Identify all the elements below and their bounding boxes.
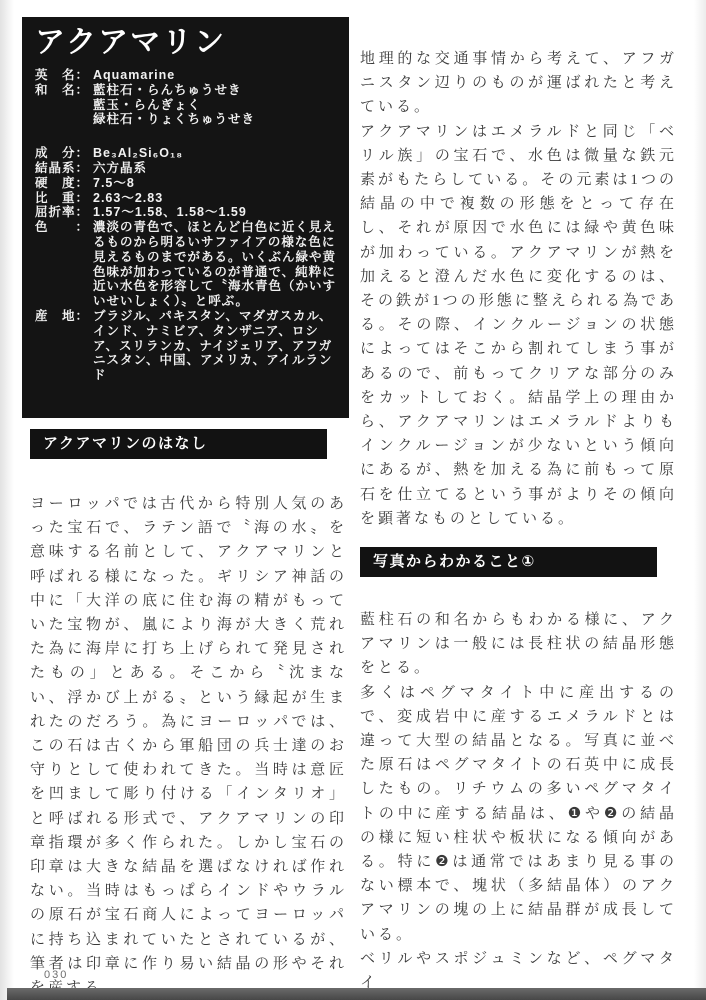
gem-info-box: アクアマリン 英 名： Aquamarine 和 名： 藍柱石・らんちゅうせき … [22,17,349,418]
page-edge-left [0,0,14,1000]
spec-field-label: 比 重： [35,191,93,206]
spec-field-label: 成 分： [35,146,93,161]
spec-field-row: 産 地： ブラジル、パキスタン、マダガスカル、インド、ナミビア、タンザニア、ロシ… [35,309,337,383]
section-heading-story: アクアマリンのはなし [30,429,327,459]
spec-field-value: 藍柱石・らんちゅうせき 藍玉・らんぎょく 緑柱石・りょくちゅうせき [93,83,337,127]
page-edge-right [694,0,706,1000]
left-column-body: ヨーロッパでは古代から特別人気のあった宝石で、ラテン語で〝海の水〟を意味する名前… [30,492,347,1000]
spec-field-label: 色 ： [35,220,93,309]
book-page: アクアマリン 英 名： Aquamarine 和 名： 藍柱石・らんちゅうせき … [0,0,706,1000]
spec-field-value: 濃淡の青色で、ほとんど白色に近く見えるものから明るいサファイアの様な色に見えるも… [93,220,337,309]
spec-field-value: 2.63～2.83 [93,191,337,206]
right-column-bottom-body: 藍柱石の和名からもわかる様に、アクアマリンは一般には長柱状の結晶形態をとる。 多… [360,608,677,995]
spec-field-row: 硬 度： 7.5～8 [35,176,337,191]
spec-field-value: 7.5～8 [93,176,337,191]
paragraph: 多くはペグマタイト中に産出するので、変成岩中に産するエメラルドとは違って大型の結… [360,681,677,947]
spec-field-value: Aquamarine [93,68,337,83]
spec-field-row: 比 重： 2.63～2.83 [35,191,337,206]
spec-field-row: 和 名： 藍柱石・らんちゅうせき 藍玉・らんぎょく 緑柱石・りょくちゅうせき [35,83,337,127]
paragraph: アクアマリンはエメラルドと同じ「ベリル族」の宝石で、水色は微量な鉄元素がもたらし… [360,120,677,531]
spec-field-row: 色 ： 濃淡の青色で、ほとんど白色に近く見えるものから明るいサファイアの様な色に… [35,220,337,309]
spec-field-row: 結晶系： 六方晶系 [35,161,337,176]
spec-field-value: ブラジル、パキスタン、マダガスカル、インド、ナミビア、タンザニア、ロシア、スリラ… [93,309,337,383]
spec-field-row: 屈折率： 1.57～1.58、1.58～1.59 [35,205,337,220]
spec-field-label: 硬 度： [35,176,93,191]
spec-field-label: 和 名： [35,83,93,127]
gem-title: アクアマリン [35,25,337,61]
page-edge-bottom [7,988,706,1000]
spec-field-row: 成 分： Be₃Al₂Si₆O₁₈ [35,146,337,161]
page-number: 030 [44,969,68,981]
spec-field-row: 英 名： Aquamarine [35,68,337,83]
spec-field-label: 英 名： [35,68,93,83]
spec-field-label: 屈折率： [35,205,93,220]
paragraph: 地理的な交通事情から考えて、アフガニスタン辺りのものが運ばれたと考えている。 [360,47,677,120]
paragraph: 藍柱石の和名からもわかる様に、アクアマリンは一般には長柱状の結晶形態をとる。 [360,608,677,681]
right-column-top-body: 地理的な交通事情から考えて、アフガニスタン辺りのものが運ばれたと考えている。 ア… [360,47,677,531]
spec-field-value: Be₃Al₂Si₆O₁₈ [93,146,337,161]
spec-field-value: 六方晶系 [93,161,337,176]
spec-field-label: 結晶系： [35,161,93,176]
section-heading-photo-notes: 写真からわかること① [360,547,657,577]
spec-field-value: 1.57～1.58、1.58～1.59 [93,205,337,220]
paragraph: ヨーロッパでは古代から特別人気のあった宝石で、ラテン語で〝海の水〟を意味する名前… [30,492,347,1000]
spec-field-label: 産 地： [35,309,93,383]
